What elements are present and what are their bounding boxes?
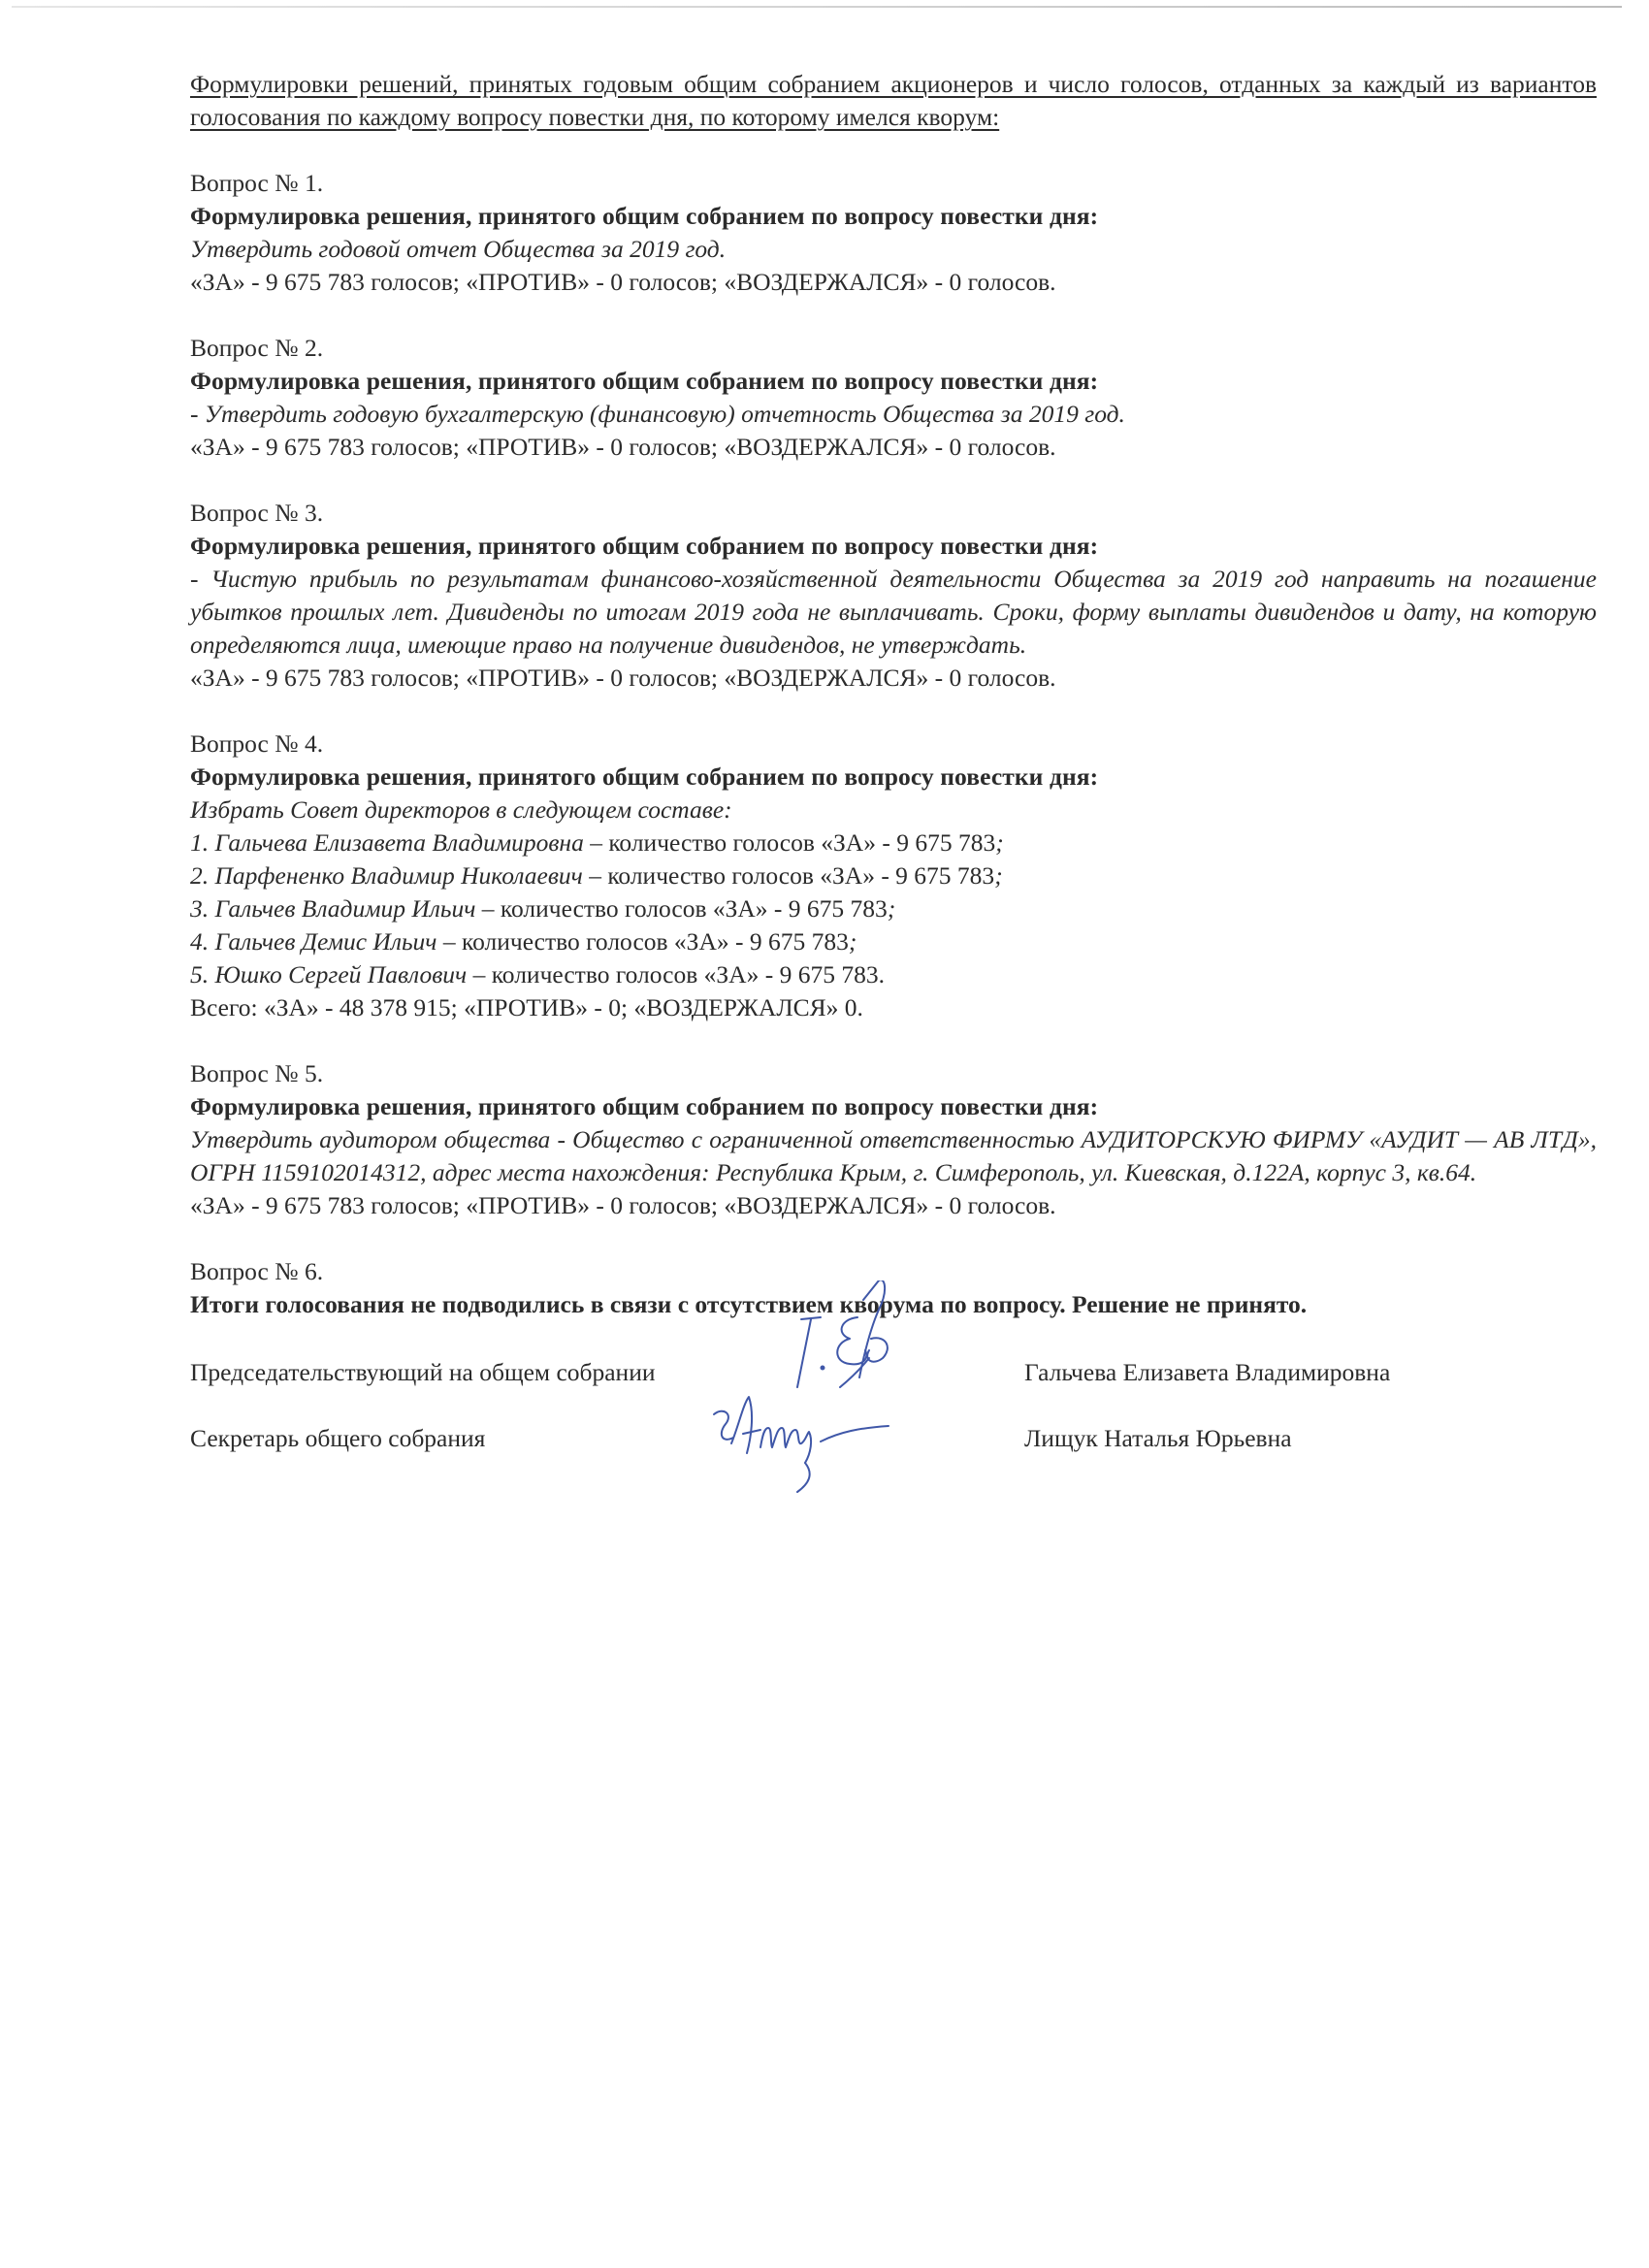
vote-results: «ЗА» - 9 675 783 голосов; «ПРОТИВ» - 0 г… <box>190 662 1597 695</box>
question-3: Вопрос № 3. Формулировка решения, принят… <box>190 497 1597 695</box>
vote-results: «ЗА» - 9 675 783 голосов; «ПРОТИВ» - 0 г… <box>190 266 1597 299</box>
vote-results: «ЗА» - 9 675 783 голосов; «ПРОТИВ» - 0 г… <box>190 1189 1597 1222</box>
question-2: Вопрос № 2. Формулировка решения, принят… <box>190 332 1597 464</box>
vote-total: Всего: «ЗА» - 48 378 915; «ПРОТИВ» - 0; … <box>190 991 1597 1024</box>
candidate-end: ; <box>995 828 1004 857</box>
decision-label: Формулировка решения, принятого общим со… <box>190 1090 1597 1123</box>
decision-label: Формулировка решения, принятого общим со… <box>190 761 1597 794</box>
question-1: Вопрос № 1. Формулировка решения, принят… <box>190 167 1597 299</box>
candidate-name: 2. Парфененко Владимир Николаевич <box>190 861 583 890</box>
vote-results: «ЗА» - 9 675 783 голосов; «ПРОТИВ» - 0 г… <box>190 431 1597 464</box>
question-number: Вопрос № 4. <box>190 728 1597 761</box>
secretary-handwritten-signature-icon <box>704 1385 898 1502</box>
candidate-votes: – количество голосов «ЗА» - 9 675 783 <box>584 828 995 857</box>
chair-name: Гальчева Елизавета Владимировна <box>1024 1356 1390 1389</box>
decision-text: Утвердить годовой отчет Общества за 2019… <box>190 233 1597 266</box>
candidate-name: 3. Гальчев Владимир Ильич <box>190 894 475 923</box>
question-4: Вопрос № 4. Формулировка решения, принят… <box>190 728 1597 1024</box>
candidate-votes: – количество голосов «ЗА» - 9 675 783 <box>436 927 848 956</box>
decision-text: - Чистую прибыль по результатам финансов… <box>190 563 1597 662</box>
candidate-end: ; <box>994 861 1003 890</box>
question-number: Вопрос № 1. <box>190 167 1597 200</box>
secretary-role: Секретарь общего собрания <box>190 1422 485 1455</box>
candidate-name: 1. Гальчева Елизавета Владимировна <box>190 828 584 857</box>
scan-edge-line <box>12 6 1622 8</box>
decision-label: Формулировка решения, принятого общим со… <box>190 200 1597 233</box>
candidate-end: . <box>879 960 885 988</box>
candidate-name: 4. Гальчев Демис Ильич <box>190 927 436 956</box>
question-number: Вопрос № 3. <box>190 497 1597 530</box>
question-number: Вопрос № 2. <box>190 332 1597 365</box>
decision-text: - Утвердить годовую бухгалтерскую (финан… <box>190 398 1597 431</box>
candidate-votes: – количество голосов «ЗА» - 9 675 783 <box>467 960 878 988</box>
question-number: Вопрос № 5. <box>190 1057 1597 1090</box>
signature-block: Председательствующий на общем собрании Г… <box>190 1356 1597 1511</box>
decision-label: Формулировка решения, принятого общим со… <box>190 530 1597 563</box>
candidate-end: ; <box>888 894 896 923</box>
decision-text: Избрать Совет директоров в следующем сос… <box>190 794 1597 826</box>
question-5: Вопрос № 5. Формулировка решения, принят… <box>190 1057 1597 1222</box>
candidate-row: 4. Гальчев Демис Ильич – количество голо… <box>190 925 1597 958</box>
candidate-row: 1. Гальчева Елизавета Владимировна – кол… <box>190 826 1597 859</box>
candidate-row: 3. Гальчев Владимир Ильич – количество г… <box>190 892 1597 925</box>
document-heading: Формулировки решений, принятых годовым о… <box>190 68 1597 134</box>
candidate-end: ; <box>849 927 857 956</box>
chair-role: Председательствующий на общем собрании <box>190 1356 656 1389</box>
candidate-row: 5. Юшко Сергей Павлович – количество гол… <box>190 958 1597 991</box>
document-page: Формулировки решений, принятых годовым о… <box>190 68 1597 1511</box>
decision-label: Формулировка решения, принятого общим со… <box>190 365 1597 398</box>
candidate-name: 5. Юшко Сергей Павлович <box>190 960 467 988</box>
decision-text: Утвердить аудитором общества - Общество … <box>190 1123 1597 1189</box>
secretary-name: Лищук Наталья Юрьевна <box>1024 1422 1292 1455</box>
candidate-row: 2. Парфененко Владимир Николаевич – коли… <box>190 859 1597 892</box>
candidate-votes: – количество голосов «ЗА» - 9 675 783 <box>583 861 994 890</box>
candidate-votes: – количество голосов «ЗА» - 9 675 783 <box>475 894 887 923</box>
